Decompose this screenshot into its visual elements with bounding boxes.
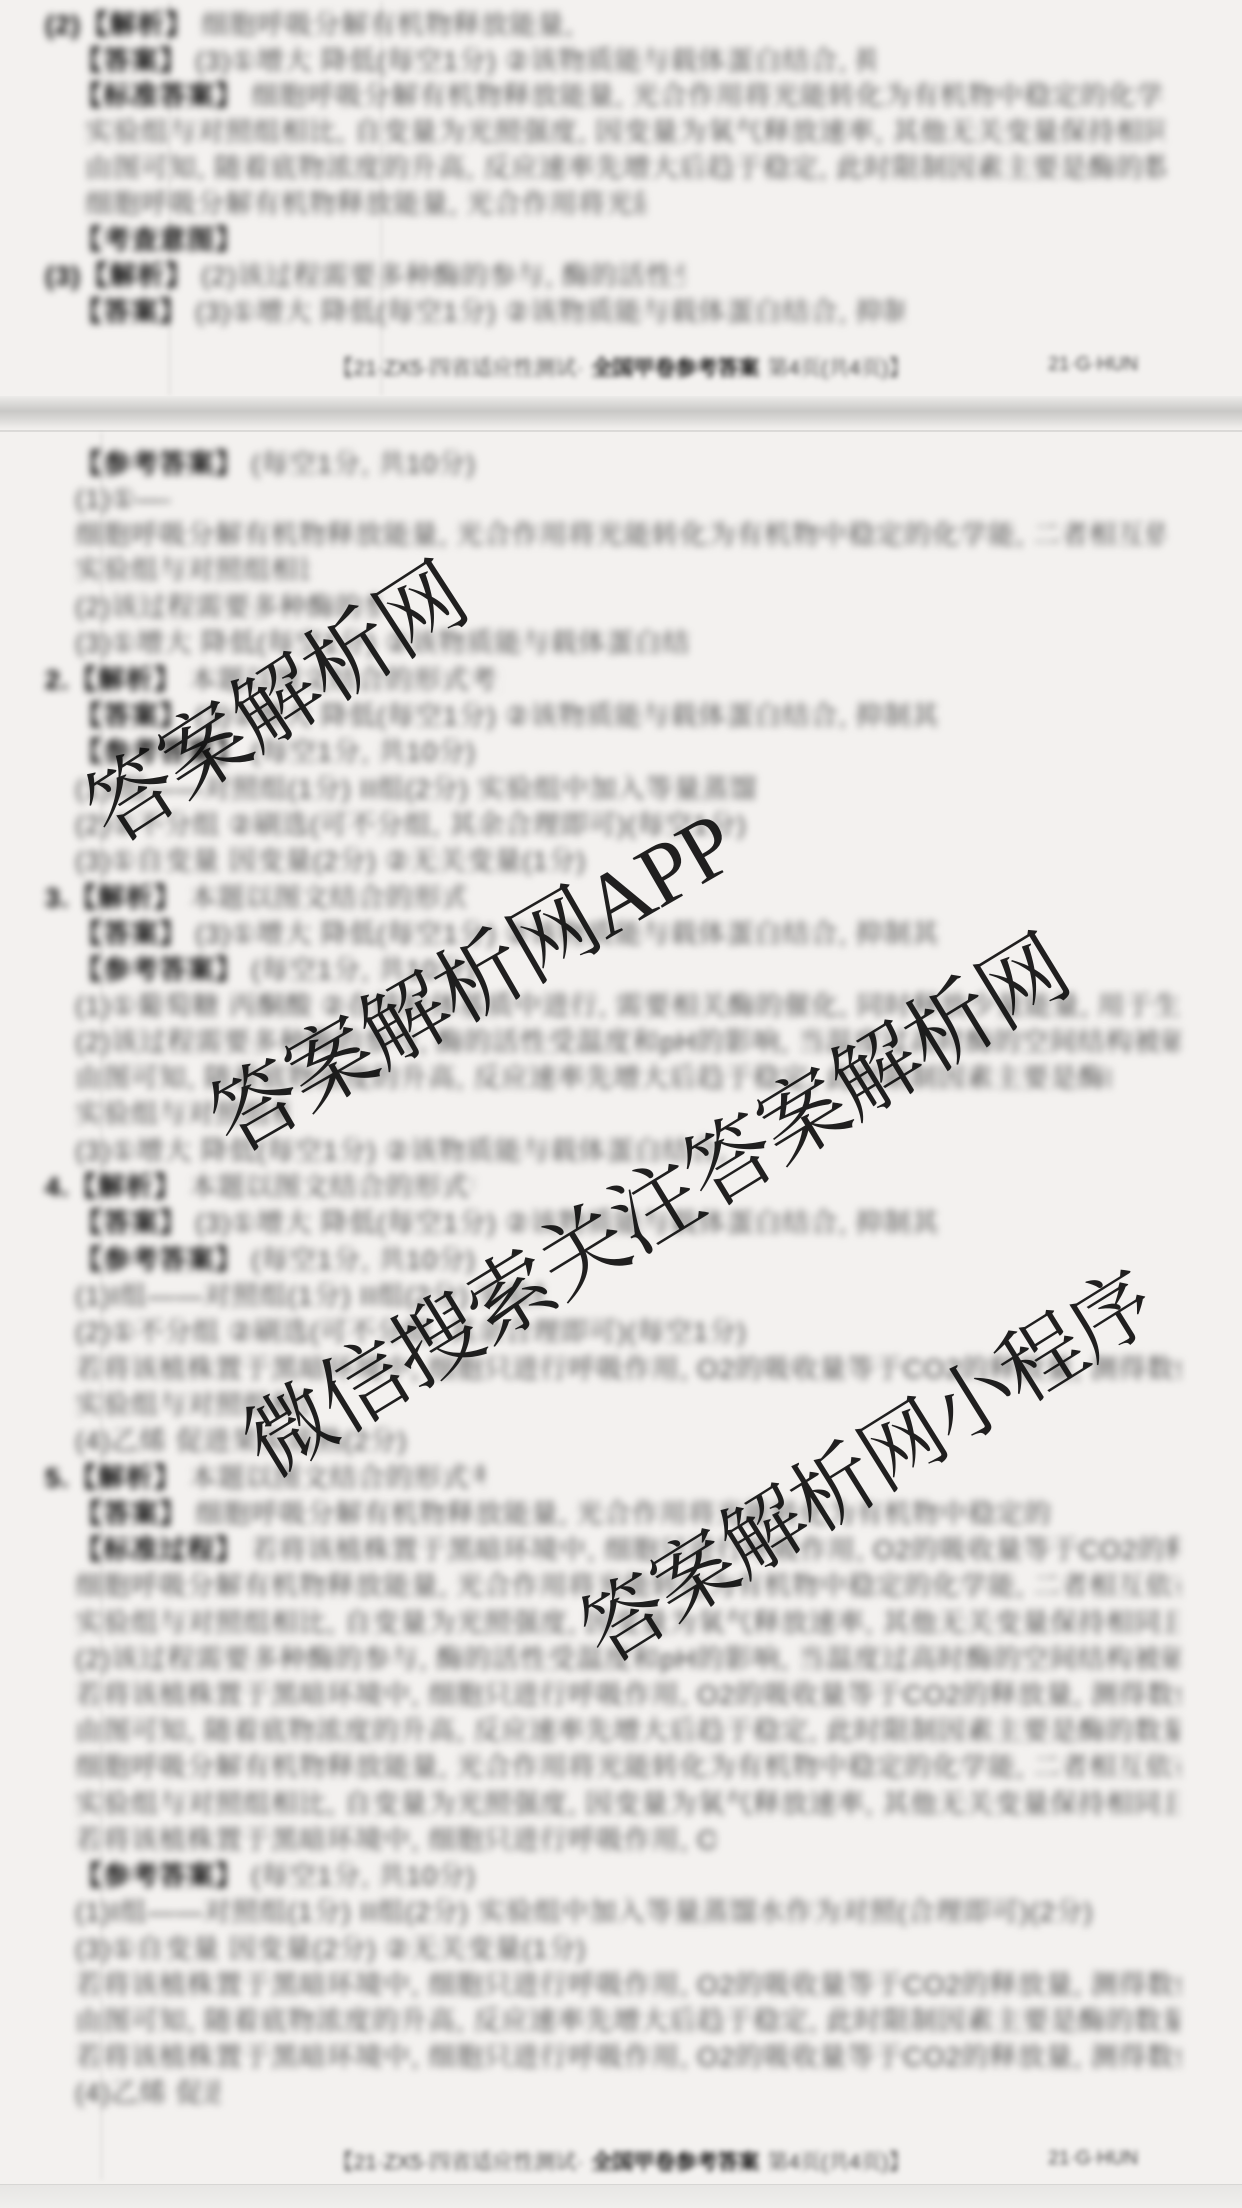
blurred-text-line: (1)①——: [75, 482, 170, 516]
bold-bracket-label: 3.【解析】: [45, 883, 182, 913]
page-bottom-edge: [0, 2184, 1242, 2208]
blurred-text: 本题以图文结合的形式考查光合作用与细胞呼吸的综合应用, 意在考查考生获取信息、分…: [190, 1172, 475, 1202]
bold-bracket-label: 【答案】: [75, 1208, 187, 1238]
blurred-text-line: 细胞呼吸分解有机物释放能量, 光合作用将光能转化为有机物中稳定的化学能, 二者相…: [75, 518, 1165, 552]
footer-left-text: 【21·ZX5·四省适应性测试·: [332, 352, 583, 382]
blurred-text-line: 【答案】(3)①增大 降低(每空1分) ②该物质能与载体蛋白结合, 抑制其运输功…: [75, 44, 875, 78]
blurred-text: 细胞呼吸分解有机物释放能量, 光合作用将光能转化为有机物中稳定的化学能, 二者相…: [85, 189, 645, 219]
blurred-text-line: 【答案】(3)①增大 降低(每空1分) ②该物质能与载体蛋白结合, 抑制其运输功…: [75, 295, 905, 329]
blurred-text: (每空1分, 共10分): [251, 1861, 476, 1891]
bold-bracket-label: 【参考答案】: [75, 1861, 243, 1891]
blurred-text-line: 由图可知, 随着底物浓度的升高, 反应速率先增大后趋于稳定, 此时限制因素主要是…: [75, 2004, 1180, 2038]
blurred-text-line: 4.【解析】本题以图文结合的形式考查光合作用与细胞呼吸的综合应用, 意在考查考生…: [45, 1170, 475, 1204]
bold-bracket-label: 【参考答案】: [75, 955, 243, 985]
blurred-text-line: (1)I组——对照组(1分) II组(2分) 实验组中加入等量蒸馏水作为对照(合…: [75, 1895, 1180, 1929]
footer-title-text: 全国甲卷参考答案: [591, 352, 759, 382]
blurred-text: 由图可知, 随着底物浓度的升高, 反应速率先增大后趋于稳定, 此时限制因素主要是…: [75, 2006, 1180, 2036]
blurred-text: 若将该植株置于黑暗环境中, 细胞只进行呼吸作用, O2的吸收量等于CO2的释放量…: [75, 1970, 1180, 2000]
blurred-text: 细胞呼吸分解有机物释放能量, 光合作用将光能转化为有机物中稳定的化学能, 二者相…: [75, 1752, 1180, 1782]
blurred-text-line: 若将该植株置于黑暗环境中, 细胞只进行呼吸作用, O2的吸收量等于CO2的释放量…: [75, 2040, 1180, 2074]
page-2-footer-corner: 21·G·HUN: [1048, 2148, 1138, 2170]
bold-bracket-label: 【答案】: [75, 46, 187, 76]
page-1: (2)【解析】细胞呼吸分解有机物释放能量, 光合作用将光能转化为有机物中稳定的化…: [0, 0, 1242, 396]
footer-page-number: 第4页(共4页)】: [767, 2146, 909, 2176]
blurred-text: 实验组与对照组相比, 自变量为光照强度, 因变量为氧气释放速率, 其他无关变量保…: [85, 117, 1165, 147]
footer-page-number: 第4页(共4页)】: [767, 352, 909, 382]
blurred-text: (每空1分, 共10分): [251, 449, 476, 479]
blurred-text: 由图可知, 随着底物浓度的升高, 反应速率先增大后趋于稳定, 此时限制因素主要是…: [75, 1716, 1180, 1746]
blurred-text: (1)I组——对照组(1分) II组(2分) 实验组中加入等量蒸馏水作为对照(合…: [75, 1897, 1093, 1927]
page-1-footer-corner: 21·G·HUN: [1048, 354, 1138, 376]
blurred-text-line: 实验组与对照组相比, 自变量为光照强度, 因变量为氧气释放速率, 其他无关变量保…: [85, 115, 1165, 149]
blurred-text-line: 若将该植株置于黑暗环境中, 细胞只进行呼吸作用, O2的吸收量等于CO2的释放量…: [75, 1823, 715, 1857]
bold-bracket-label: 4.【解析】: [45, 1172, 182, 1202]
bold-bracket-label: 【答案】: [75, 919, 187, 949]
blurred-text-line: (4)乙烯 促进果实成熟(2分): [75, 2076, 220, 2110]
blurred-text-line: (3)①自变量 因变量(2分) ②无关变量(1分): [75, 1932, 910, 1966]
bold-bracket-label: 【标准过程】: [75, 1535, 243, 1565]
bold-bracket-label: 【参考答案】: [75, 1245, 243, 1275]
blurred-text: (3)①增大 降低(每空1分) ②该物质能与载体蛋白结合, 抑制其运输功能, 使…: [195, 46, 875, 76]
blurred-text-line: 若将该植株置于黑暗环境中, 细胞只进行呼吸作用, O2的吸收量等于CO2的释放量…: [75, 1678, 1180, 1712]
blurred-text: (2)该过程需要多种酶的参与, 酶的活性受温度和pH的影响, 当温度过高时酶的空…: [201, 261, 685, 291]
blurred-text-line: 实验组与对照组相比, 自变量为光照强度, 因变量为氧气释放速率, 其他无关变量保…: [75, 553, 310, 587]
blurred-text-line: (3)【解析】(2)该过程需要多种酶的参与, 酶的活性受温度和pH的影响, 当温…: [45, 259, 685, 293]
blurred-text: 若将该植株置于黑暗环境中, 细胞只进行呼吸作用, O2的吸收量等于CO2的释放量…: [75, 1680, 1180, 1710]
bold-bracket-label: 2.【解析】: [45, 665, 182, 695]
blurred-text: (3)①增大 降低(每空1分) ②该物质能与载体蛋白结合, 抑制其运输功能, 使…: [195, 297, 905, 327]
blurred-text-line: (2)【解析】细胞呼吸分解有机物释放能量, 光合作用将光能转化为有机物中稳定的化…: [45, 8, 575, 42]
blurred-text-line: 细胞呼吸分解有机物释放能量, 光合作用将光能转化为有机物中稳定的化学能, 二者相…: [75, 1750, 1180, 1784]
blurred-text: 细胞呼吸分解有机物释放能量, 光合作用将光能转化为有机物中稳定的化学能, 二者相…: [201, 10, 575, 40]
bold-bracket-label: 【考查意图】: [75, 225, 243, 255]
blurred-text-line: 实验组与对照组相比, 自变量为光照强度, 因变量为氧气释放速率, 其他无关变量保…: [75, 1787, 1180, 1821]
bold-bracket-label: 【标准答案】: [75, 81, 243, 111]
footer-title-text: 全国甲卷参考答案: [591, 2146, 759, 2176]
blurred-text: 若将该植株置于黑暗环境中, 细胞只进行呼吸作用, O2的吸收量等于CO2的释放量…: [75, 1825, 715, 1855]
blurred-text: 细胞呼吸分解有机物释放能量, 光合作用将光能转化为有机物中稳定的化学能, 二者相…: [251, 81, 1165, 111]
blurred-text-line: 【参考答案】(每空1分, 共10分): [75, 1859, 530, 1893]
blurred-text: (1)①——: [75, 484, 170, 514]
blurred-text-line: 【标准答案】细胞呼吸分解有机物释放能量, 光合作用将光能转化为有机物中稳定的化学…: [75, 79, 1165, 113]
blurred-text: 本题以图文结合的形式考查光合作用与细胞呼吸的综合应用, 意在考查考生获取信息、分…: [190, 883, 465, 913]
blurred-text: (3)①自变量 因变量(2分) ②无关变量(1分): [75, 1934, 586, 1964]
bold-bracket-label: 5.【解析】: [45, 1463, 182, 1493]
footer-left-text: 【21·ZX5·四省适应性测试·: [332, 2146, 583, 2176]
blurred-text-line: 细胞呼吸分解有机物释放能量, 光合作用将光能转化为有机物中稳定的化学能, 二者相…: [85, 187, 645, 221]
blurred-text: 实验组与对照组相比, 自变量为光照强度, 因变量为氧气释放速率, 其他无关变量保…: [75, 555, 310, 585]
bold-bracket-label: 【答案】: [75, 1499, 187, 1529]
blurred-text-line: 由图可知, 随着底物浓度的升高, 反应速率先增大后趋于稳定, 此时限制因素主要是…: [85, 151, 1165, 185]
blurred-text: 由图可知, 随着底物浓度的升高, 反应速率先增大后趋于稳定, 此时限制因素主要是…: [85, 153, 1165, 183]
bold-bracket-label: 【参考答案】: [75, 449, 243, 479]
blurred-text: 实验组与对照组相比, 自变量为光照强度, 因变量为氧气释放速率, 其他无关变量保…: [75, 1789, 1180, 1819]
page-break-gap: [0, 396, 1242, 432]
blurred-text-line: 若将该植株置于黑暗环境中, 细胞只进行呼吸作用, O2的吸收量等于CO2的释放量…: [75, 1968, 1180, 2002]
blurred-text: 细胞呼吸分解有机物释放能量, 光合作用将光能转化为有机物中稳定的化学能, 二者相…: [75, 520, 1165, 550]
blurred-text-line: 【考查意图】: [75, 223, 260, 257]
bold-bracket-label: (2)【解析】: [45, 10, 193, 40]
blurred-text-line: 由图可知, 随着底物浓度的升高, 反应速率先增大后趋于稳定, 此时限制因素主要是…: [75, 1714, 1180, 1748]
blurred-text: (4)乙烯 促进果实成熟(2分): [75, 2078, 220, 2108]
blurred-text: 若将该植株置于黑暗环境中, 细胞只进行呼吸作用, O2的吸收量等于CO2的释放量…: [75, 2042, 1180, 2072]
blurred-text: 细胞呼吸分解有机物释放能量, 光合作用将光能转化为有机物中稳定的化学能, 二者相…: [195, 1499, 1050, 1529]
blurred-text-line: 【参考答案】(每空1分, 共10分): [75, 447, 530, 481]
scanned-answer-sheet: (2)【解析】细胞呼吸分解有机物释放能量, 光合作用将光能转化为有机物中稳定的化…: [0, 0, 1242, 2208]
bold-bracket-label: 【答案】: [75, 297, 187, 327]
bold-bracket-label: (3)【解析】: [45, 261, 193, 291]
blurred-text-line: 3.【解析】本题以图文结合的形式考查光合作用与细胞呼吸的综合应用, 意在考查考生…: [45, 881, 465, 915]
